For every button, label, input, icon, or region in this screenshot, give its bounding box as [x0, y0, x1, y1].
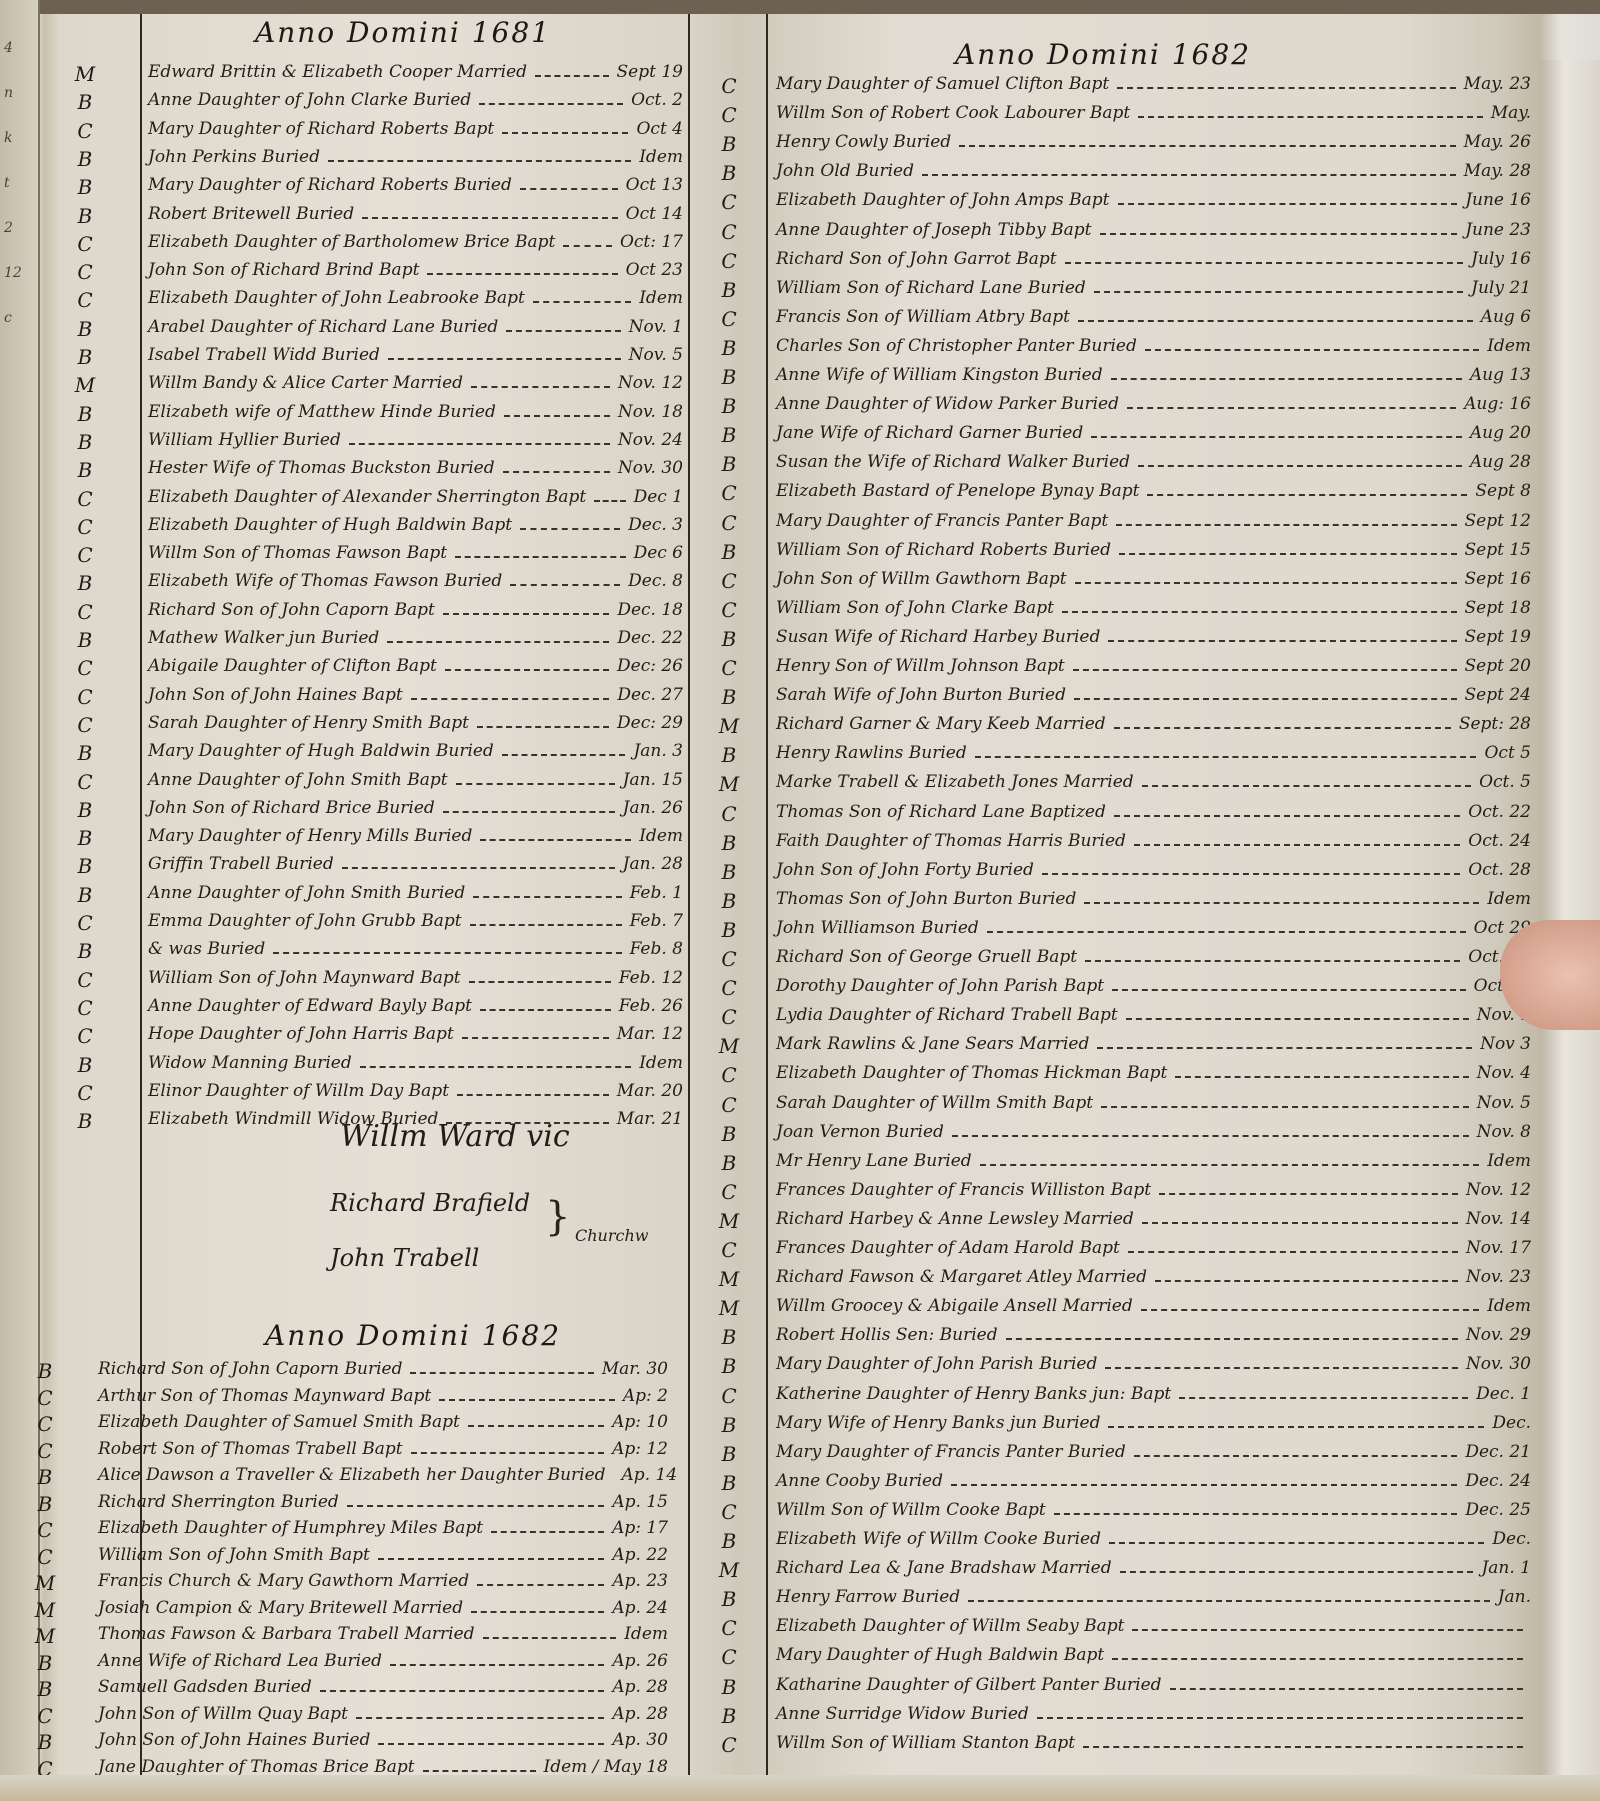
entry-date: Ap: 12 — [612, 1439, 668, 1459]
entry-text: Elizabeth Daughter of Samuel Smith Bapt — [98, 1412, 460, 1432]
register-entry: Robert Son of Thomas Trabell BaptAp: 12 — [98, 1439, 668, 1459]
entry-type-code: B — [714, 1442, 744, 1466]
entry-text: Lydia Daughter of Richard Trabell Bapt — [776, 1005, 1118, 1025]
entry-text: John Perkins Buried — [148, 147, 320, 167]
entry-date: July 16 — [1471, 249, 1531, 269]
entry-text: William Hyllier Buried — [148, 430, 341, 450]
entry-date: Idem — [1487, 336, 1531, 356]
entry-type-code: C — [70, 260, 100, 284]
leader-dashes — [1116, 524, 1456, 526]
register-entry: Emma Daughter of John Grubb BaptFeb. 7 — [148, 911, 683, 931]
entry-text: Henry Son of Willm Johnson Bapt — [776, 656, 1065, 676]
register-entry: Elinor Daughter of Willm Day BaptMar. 20 — [148, 1081, 683, 1101]
entry-date: Oct. 2 — [631, 90, 683, 110]
entry-date: Mar. 21 — [617, 1109, 683, 1129]
register-entry: Mary Daughter of Francis Panter BaptSept… — [776, 511, 1531, 531]
entry-type-code: B — [30, 1492, 60, 1516]
register-entry: Jane Wife of Richard Garner BuriedAug 20 — [776, 423, 1531, 443]
entry-type-code: M — [714, 1034, 744, 1058]
entry-text: John Son of John Haines Bapt — [148, 685, 403, 705]
entry-date: Nov. 5 — [629, 345, 683, 365]
entry-date: Jan. 1 — [1481, 1558, 1531, 1578]
entry-type-code: B — [714, 743, 744, 767]
entry-date: Jan. — [1498, 1587, 1531, 1607]
entry-text: Jane Wife of Richard Garner Buried — [776, 423, 1083, 443]
register-entry: Anne Wife of William Kingston BuriedAug … — [776, 365, 1531, 385]
edge-fragment: 2 — [4, 220, 13, 236]
entry-date: Nov. 12 — [1466, 1180, 1531, 1200]
entry-date: Mar. 30 — [602, 1359, 668, 1379]
register-entry: Elizabeth Daughter of Willm Seaby Bapt — [776, 1616, 1531, 1636]
entry-type-code: C — [714, 307, 744, 331]
entry-text: Katharine Daughter of Gilbert Panter Bur… — [776, 1675, 1162, 1695]
register-entry: Thomas Son of John Burton BuriedIdem — [776, 889, 1531, 909]
leader-dashes — [980, 1164, 1480, 1166]
entry-date: Ap. 28 — [612, 1677, 668, 1697]
entry-type-code: C — [714, 802, 744, 826]
entry-text: Mary Daughter of Richard Roberts Buried — [148, 175, 512, 195]
leader-dashes — [922, 174, 1456, 176]
entry-type-code: B — [714, 452, 744, 476]
leader-dashes — [360, 1066, 631, 1068]
entry-type-code: B — [70, 826, 100, 850]
register-entry: Dorothy Daughter of John Parish BaptOct … — [776, 976, 1531, 996]
leader-dashes — [320, 1690, 605, 1692]
entry-date: Idem — [1487, 889, 1531, 909]
entry-date: June 23 — [1465, 220, 1531, 240]
register-entry: John Perkins BuriedIdem — [148, 147, 683, 167]
entry-text: Frances Daughter of Francis Williston Ba… — [776, 1180, 1151, 1200]
entry-text: Willm Son of Robert Cook Labourer Bapt — [776, 103, 1130, 123]
leader-dashes — [443, 811, 615, 813]
entry-text: Elizabeth Daughter of John Leabrooke Bap… — [148, 288, 525, 308]
entry-type-code: B — [714, 365, 744, 389]
entry-type-code: C — [714, 249, 744, 273]
register-entry: Henry Son of Willm Johnson BaptSept 20 — [776, 656, 1531, 676]
leader-dashes — [423, 1770, 536, 1772]
entry-date: Oct 13 — [626, 175, 683, 195]
churchwarden-label: Churchw — [575, 1226, 648, 1245]
entry-text: Dorothy Daughter of John Parish Bapt — [776, 976, 1104, 996]
leader-dashes — [1134, 844, 1460, 846]
register-entry: Mary Daughter of Richard Roberts BaptOct… — [148, 119, 683, 139]
leader-dashes — [520, 188, 618, 190]
entry-text: William Son of Richard Lane Buried — [776, 278, 1086, 298]
entry-text: & was Buried — [148, 939, 265, 959]
entry-type-code: B — [70, 175, 100, 199]
leader-dashes — [1108, 640, 1456, 642]
entry-type-code: C — [714, 74, 744, 98]
entry-text: Willm Bandy & Alice Carter Married — [148, 373, 463, 393]
entry-text: Sarah Daughter of Henry Smith Bapt — [148, 713, 469, 733]
leader-dashes — [362, 217, 618, 219]
leader-dashes — [1138, 465, 1462, 467]
entry-date: Dec. 25 — [1465, 1500, 1531, 1520]
year-heading-1682-left: Anno Domini 1682 — [265, 1319, 561, 1352]
register-entry: & was BuriedFeb. 8 — [148, 939, 683, 959]
leader-dashes — [342, 867, 615, 869]
leader-dashes — [506, 330, 620, 332]
register-entry: Arabel Daughter of Richard Lane BuriedNo… — [148, 317, 683, 337]
entry-text: Robert Son of Thomas Trabell Bapt — [98, 1439, 403, 1459]
entry-type-code: B — [70, 1109, 100, 1133]
entry-type-code: C — [70, 996, 100, 1020]
entry-type-code: B — [70, 90, 100, 114]
leader-dashes — [1112, 1658, 1523, 1660]
register-entry: William Son of Richard Roberts BuriedSep… — [776, 540, 1531, 560]
entry-text: Anne Daughter of Joseph Tibby Bapt — [776, 220, 1092, 240]
entry-text: Mark Rawlins & Jane Sears Married — [776, 1034, 1089, 1054]
leader-dashes — [411, 698, 610, 700]
register-entry: Richard Garner & Mary Keeb MarriedSept: … — [776, 714, 1531, 734]
entry-text: John Old Buried — [776, 161, 914, 181]
entry-text: Thomas Son of Richard Lane Baptized — [776, 802, 1106, 822]
register-entry: Anne Cooby BuriedDec. 24 — [776, 1471, 1531, 1491]
entry-date: Dec. 27 — [617, 685, 683, 705]
entry-text: Mary Daughter of Henry Mills Buried — [148, 826, 472, 846]
register-entry: Mary Daughter of Hugh Baldwin BuriedJan.… — [148, 741, 683, 761]
entry-type-code: B — [70, 741, 100, 765]
entry-date: June 16 — [1465, 190, 1531, 210]
entry-date: Oct: 17 — [620, 232, 683, 252]
entry-text: Faith Daughter of Thomas Harris Buried — [776, 831, 1126, 851]
register-entry: William Son of John Clarke BaptSept 18 — [776, 598, 1531, 618]
register-entry: Anne Wife of Richard Lea BuriedAp. 26 — [98, 1651, 668, 1671]
register-entry: Mary Daughter of Richard Roberts BuriedO… — [148, 175, 683, 195]
entry-text: Richard Sherrington Buried — [98, 1492, 339, 1512]
entry-type-code: C — [714, 1238, 744, 1262]
register-entry: Elizabeth wife of Matthew Hinde BuriedNo… — [148, 402, 683, 422]
entry-date: Dec. 3 — [628, 515, 683, 535]
register-entry: Willm Bandy & Alice Carter MarriedNov. 1… — [148, 373, 683, 393]
leader-dashes — [1109, 1542, 1484, 1544]
entry-date: Sept 24 — [1465, 685, 1531, 705]
register-scan: 4nkt212c Anno Domini 1681 MEdward Britti… — [0, 0, 1600, 1801]
entry-type-code: C — [714, 103, 744, 127]
entry-type-code: C — [714, 569, 744, 593]
leader-dashes — [563, 245, 612, 247]
entry-date: Sept 18 — [1465, 598, 1531, 618]
entry-date: Ap: 17 — [612, 1518, 668, 1538]
leader-dashes — [410, 1372, 593, 1374]
entry-date: Nov. 30 — [1466, 1354, 1531, 1374]
entry-date: Feb. 8 — [630, 939, 683, 959]
register-entry: Isabel Trabell Widd BuriedNov. 5 — [148, 345, 683, 365]
entry-type-code: C — [714, 190, 744, 214]
register-entry: Susan the Wife of Richard Walker BuriedA… — [776, 452, 1531, 472]
entry-text: Anne Wife of William Kingston Buried — [776, 365, 1103, 385]
entry-type-code: C — [714, 1180, 744, 1204]
entry-text: Mary Wife of Henry Banks jun Buried — [776, 1413, 1100, 1433]
leader-dashes — [273, 952, 621, 954]
entry-type-code: C — [70, 713, 100, 737]
leader-dashes — [1065, 262, 1464, 264]
entry-text: Charles Son of Christopher Panter Buried — [776, 336, 1137, 356]
register-entry: Mary Daughter of Hugh Baldwin Bapt — [776, 1645, 1531, 1665]
entry-type-code: B — [70, 458, 100, 482]
entry-text: Samuell Gadsden Buried — [98, 1677, 312, 1697]
leader-dashes — [477, 726, 609, 728]
register-entry: Lydia Daughter of Richard Trabell BaptNo… — [776, 1005, 1531, 1025]
register-entry: William Son of John Maynward BaptFeb. 12 — [148, 968, 683, 988]
entry-text: William Son of John Smith Bapt — [98, 1545, 370, 1565]
entry-text: Mary Daughter of Francis Panter Buried — [776, 1442, 1126, 1462]
leader-dashes — [1147, 494, 1467, 496]
entry-type-code: B — [70, 1053, 100, 1077]
leader-dashes — [1112, 989, 1466, 991]
register-entry: Richard Son of George Gruell BaptOct. 30 — [776, 947, 1531, 967]
register-entry: John Son of John Haines BaptDec. 27 — [148, 685, 683, 705]
entry-type-code: C — [70, 656, 100, 680]
entry-type-code: M — [714, 1296, 744, 1320]
entry-type-code: C — [714, 947, 744, 971]
year-heading-1681: Anno Domini 1681 — [255, 16, 551, 49]
entry-type-code: C — [714, 481, 744, 505]
entry-date: Aug 6 — [1481, 307, 1531, 327]
entry-text: Richard Harbey & Anne Lewsley Married — [776, 1209, 1134, 1229]
register-entry: Mark Rawlins & Jane Sears MarriedNov 3 — [776, 1034, 1531, 1054]
register-entry: Richard Sherrington BuriedAp. 15 — [98, 1492, 668, 1512]
entry-date: Dec. 22 — [617, 628, 683, 648]
leader-dashes — [1142, 785, 1471, 787]
leader-dashes — [502, 754, 626, 756]
churchwarden-signature-1: Richard Brafield — [330, 1189, 530, 1217]
entry-type-code: B — [70, 147, 100, 171]
entry-date: Dec. — [1492, 1529, 1531, 1549]
leader-dashes — [462, 1037, 609, 1039]
leader-dashes — [427, 273, 617, 275]
entry-type-code: B — [714, 1471, 744, 1495]
entry-date: May. 26 — [1464, 132, 1531, 152]
register-entry: Anne Daughter of John Clarke BuriedOct. … — [148, 90, 683, 110]
entry-type-code: B — [714, 540, 744, 564]
entry-date: Nov. 23 — [1466, 1267, 1531, 1287]
entry-date: Nov. 12 — [618, 373, 683, 393]
entry-text: Richard Garner & Mary Keeb Married — [776, 714, 1106, 734]
entry-text: Robert Hollis Sen: Buried — [776, 1325, 998, 1345]
leader-dashes — [959, 145, 1456, 147]
register-entry: John Williamson BuriedOct 29 — [776, 918, 1531, 938]
entry-date: May. — [1491, 103, 1531, 123]
leader-dashes — [1117, 87, 1455, 89]
register-entry: Robert Hollis Sen: BuriedNov. 29 — [776, 1325, 1531, 1345]
leader-dashes — [1128, 1251, 1458, 1253]
register-entry: Katharine Daughter of Gilbert Panter Bur… — [776, 1675, 1531, 1695]
entry-type-code: B — [714, 161, 744, 185]
entry-type-code: C — [714, 1005, 744, 1029]
entry-type-code: B — [714, 1704, 744, 1728]
entry-type-code: B — [70, 317, 100, 341]
entry-type-code: M — [70, 62, 100, 86]
leader-dashes — [1100, 233, 1458, 235]
register-entry: John Son of Willm Quay BaptAp. 28 — [98, 1704, 668, 1724]
entry-date: Dec. — [1492, 1413, 1531, 1433]
entry-text: Willm Son of Willm Cooke Bapt — [776, 1500, 1046, 1520]
register-entry: Willm Son of Willm Cooke BaptDec. 25 — [776, 1500, 1531, 1520]
leader-dashes — [1105, 1367, 1458, 1369]
leader-dashes — [468, 1425, 604, 1427]
entry-type-code: C — [714, 656, 744, 680]
entry-type-code: B — [714, 132, 744, 156]
entry-type-code: C — [30, 1704, 60, 1728]
entry-date: Dec. 18 — [617, 600, 683, 620]
entry-text: Anne Cooby Buried — [776, 1471, 943, 1491]
leader-dashes — [471, 1611, 604, 1613]
entry-type-code: B — [714, 627, 744, 651]
entry-text: Anne Daughter of John Clarke Buried — [148, 90, 471, 110]
entry-date: Mar. 12 — [617, 1024, 683, 1044]
leader-dashes — [1118, 203, 1458, 205]
entry-date: Sept 8 — [1475, 481, 1531, 501]
leader-dashes — [1084, 902, 1479, 904]
register-entry: Mathew Walker jun BuriedDec. 22 — [148, 628, 683, 648]
register-entry: Willm Groocey & Abigaile Ansell MarriedI… — [776, 1296, 1531, 1316]
entry-type-code: M — [714, 1267, 744, 1291]
entry-type-code: C — [70, 911, 100, 935]
entry-date: Ap. 28 — [612, 1704, 668, 1724]
entry-date: Oct. 22 — [1468, 802, 1531, 822]
entry-date: Oct 23 — [626, 260, 683, 280]
entry-date: Idem — [639, 826, 683, 846]
leader-dashes — [1075, 582, 1457, 584]
entry-text: Anne Daughter of John Smith Buried — [148, 883, 465, 903]
entry-date: Feb. 12 — [619, 968, 683, 988]
entry-date: Oct 14 — [626, 204, 683, 224]
entry-text: Arthur Son of Thomas Maynward Bapt — [98, 1386, 431, 1406]
entry-type-code: B — [714, 889, 744, 913]
leader-dashes — [504, 415, 610, 417]
entry-text: John Son of John Forty Buried — [776, 860, 1034, 880]
entry-text: Mary Daughter of Richard Roberts Bapt — [148, 119, 494, 139]
entry-text: Alice Dawson a Traveller & Elizabeth her… — [98, 1465, 606, 1485]
entry-type-code: C — [714, 1645, 744, 1669]
register-entry: John Son of John Forty BuriedOct. 28 — [776, 860, 1531, 880]
entry-date: Feb. 1 — [630, 883, 683, 903]
entry-date: Jan. 3 — [633, 741, 683, 761]
entry-text: William Son of John Clarke Bapt — [776, 598, 1054, 618]
edge-fragment: 4 — [4, 40, 13, 56]
entry-date: May. 23 — [1464, 74, 1531, 94]
entry-text: Anne Daughter of John Smith Bapt — [148, 770, 448, 790]
entry-text: Isabel Trabell Widd Buried — [148, 345, 380, 365]
leader-dashes — [1006, 1338, 1458, 1340]
register-entry: Sarah Daughter of Willm Smith BaptNov. 5 — [776, 1093, 1531, 1113]
register-entry: Sarah Wife of John Burton BuriedSept 24 — [776, 685, 1531, 705]
entry-type-code: C — [70, 288, 100, 312]
leader-dashes — [594, 500, 625, 502]
leader-dashes — [987, 931, 1466, 933]
leader-dashes — [968, 1600, 1490, 1602]
register-entry: John Son of Willm Gawthorn BaptSept 16 — [776, 569, 1531, 589]
register-entry: Josiah Campion & Mary Britewell MarriedA… — [98, 1598, 668, 1618]
register-entry: Henry Farrow BuriedJan. — [776, 1587, 1531, 1607]
entry-text: Sarah Daughter of Willm Smith Bapt — [776, 1093, 1093, 1113]
entry-text: John Son of John Haines Buried — [98, 1730, 370, 1750]
entry-text: Mary Daughter of Samuel Clifton Bapt — [776, 74, 1109, 94]
register-entry: Griffin Trabell BuriedJan. 28 — [148, 854, 683, 874]
entry-date: Sept 19 — [617, 62, 683, 82]
entry-text: John Son of Richard Brind Bapt — [148, 260, 419, 280]
entry-text: Willm Son of Thomas Fawson Bapt — [148, 543, 447, 563]
entry-date: Idem — [1487, 1151, 1531, 1171]
leader-dashes — [1159, 1193, 1458, 1195]
leader-dashes — [443, 613, 609, 615]
entry-date: Aug: 16 — [1464, 394, 1531, 414]
register-entry: John Son of Richard Brice BuriedJan. 26 — [148, 798, 683, 818]
register-entry: Francis Son of William Atbry BaptAug 6 — [776, 307, 1531, 327]
register-entry: William Son of Richard Lane BuriedJuly 2… — [776, 278, 1531, 298]
edge-fragment: k — [4, 130, 12, 146]
entry-date: Idem — [639, 288, 683, 308]
entry-type-code: C — [70, 515, 100, 539]
register-entry: Abigaile Daughter of Clifton BaptDec: 26 — [148, 656, 683, 676]
entry-type-code: B — [714, 918, 744, 942]
entry-text: Susan Wife of Richard Harbey Buried — [776, 627, 1100, 647]
register-entry: John Son of Richard Brind BaptOct 23 — [148, 260, 683, 280]
entry-text: Mary Daughter of Hugh Baldwin Buried — [148, 741, 494, 761]
entry-text: Francis Church & Mary Gawthorn Married — [98, 1571, 469, 1591]
entry-date: Dec. 8 — [628, 571, 683, 591]
register-entry: Elizabeth Daughter of John Amps BaptJune… — [776, 190, 1531, 210]
entry-text: Richard Son of John Garrot Bapt — [776, 249, 1057, 269]
entry-text: Elizabeth wife of Matthew Hinde Buried — [148, 402, 496, 422]
entry-type-code: B — [70, 628, 100, 652]
entry-type-code: C — [714, 511, 744, 535]
entry-text: Elizabeth Wife of Thomas Fawson Buried — [148, 571, 502, 591]
entry-date: Nov. 24 — [618, 430, 683, 450]
entry-date: Ap. 30 — [612, 1730, 668, 1750]
register-entry: Anne Daughter of John Smith BaptJan. 15 — [148, 770, 683, 790]
leader-dashes — [1155, 1280, 1458, 1282]
register-entry: Elizabeth Daughter of Alexander Sherring… — [148, 487, 683, 507]
leader-dashes — [503, 471, 610, 473]
entry-type-code: C — [714, 1384, 744, 1408]
entry-text: Francis Son of William Atbry Bapt — [776, 307, 1070, 327]
entry-date: Nov. 30 — [618, 458, 683, 478]
entry-date: Dec. 24 — [1465, 1471, 1531, 1491]
entry-type-code: B — [30, 1359, 60, 1383]
register-entry: Elizabeth Bastard of Penelope Bynay Bapt… — [776, 481, 1531, 501]
entry-text: Susan the Wife of Richard Walker Buried — [776, 452, 1130, 472]
column-rule — [688, 14, 690, 1784]
entry-date: Dec. 1 — [1476, 1384, 1531, 1404]
entry-type-code: C — [70, 487, 100, 511]
register-entry: Mary Daughter of Francis Panter BuriedDe… — [776, 1442, 1531, 1462]
entry-date: Idem — [1487, 1296, 1531, 1316]
entry-date: Sept 16 — [1465, 569, 1531, 589]
leader-dashes — [1132, 1629, 1523, 1631]
register-entry: Alice Dawson a Traveller & Elizabeth her… — [98, 1465, 668, 1485]
entry-text: Mary Daughter of Hugh Baldwin Bapt — [776, 1645, 1104, 1665]
entry-date: Idem — [639, 1053, 683, 1073]
entry-type-code: C — [714, 1733, 744, 1757]
leader-dashes — [439, 1399, 615, 1401]
register-entry: Elizabeth Daughter of Thomas Hickman Bap… — [776, 1063, 1531, 1083]
leader-dashes — [411, 1452, 604, 1454]
entry-text: Anne Surridge Widow Buried — [776, 1704, 1029, 1724]
entry-type-code: C — [70, 968, 100, 992]
entry-type-code: C — [70, 685, 100, 709]
entry-type-code: C — [714, 976, 744, 1000]
entry-text: Joan Vernon Buried — [776, 1122, 944, 1142]
entry-type-code: M — [714, 1558, 744, 1582]
entry-date: Jan. 28 — [623, 854, 683, 874]
entry-text: Mathew Walker jun Buried — [148, 628, 379, 648]
leader-dashes — [1078, 320, 1473, 322]
entry-type-code: B — [70, 939, 100, 963]
register-entry: John Son of John Haines BuriedAp. 30 — [98, 1730, 668, 1750]
leader-dashes — [1127, 407, 1456, 409]
